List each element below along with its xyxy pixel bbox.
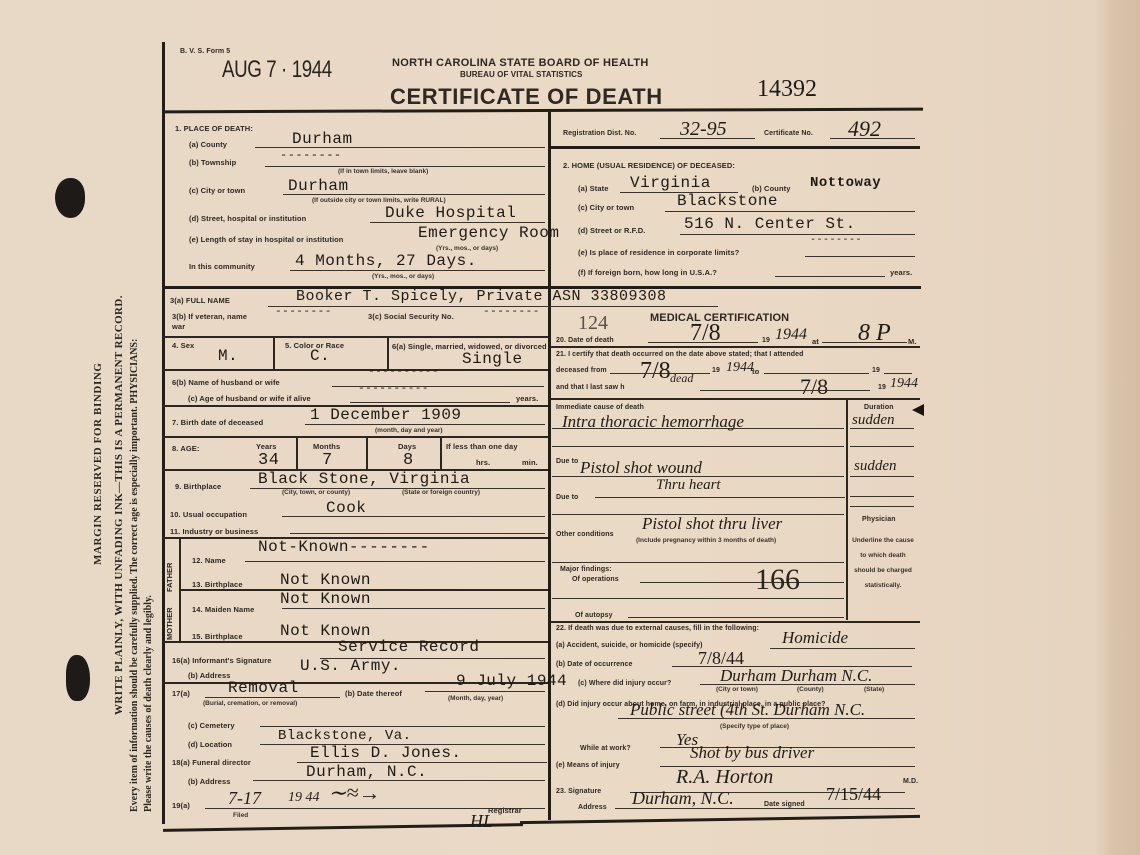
corporate-limits-value: -------- [810,235,862,246]
birth-date-value: 1 December 1909 [310,406,462,424]
birth-date-label: 7. Birth date of deceased [172,418,263,427]
funeral-director-label: 18(a) Funeral director [172,758,251,767]
father-name-label: 12. Name [192,556,226,565]
father-name-value: Not-Known-------- [258,538,430,556]
due-to-label-1: Due to [556,458,578,465]
means-of-injury-value: Shot by bus driver [690,743,814,763]
disposal-date-value: 9 July 1944 [456,672,567,690]
attended-from-year: 1944 [726,360,754,376]
state-file-number: 14392 [757,76,817,103]
death-type-label: (a) Accident, suicide, or homicide (spec… [556,642,703,649]
age-days-label: Days [398,442,416,451]
age-years-value: 34 [258,451,279,470]
father-birthplace-label: 13. Birthplace [192,580,243,589]
father-tag: FATHER [165,563,174,592]
margin-instruction-3: Please write the causes of death clearly… [143,595,154,812]
due-to-label-2: Due to [556,494,578,501]
director-address-value: Durham, N.C. [306,763,427,781]
time-at-label: at [812,337,819,346]
community-note: (Yrs., mos., or days) [372,273,434,280]
attended-from-value: 7/8 [640,358,671,385]
operations-mark: 166 [755,563,800,597]
physician-address-label: Address [578,804,607,811]
margin-binding-note: MARGIN RESERVED FOR BINDING [92,362,104,565]
birthplace-note-state: (State or foreign country) [402,489,480,496]
informant-label: 16(a) Informant's Signature [172,656,272,665]
other-conditions-label: Other conditions [556,531,614,538]
mother-name-label: 14. Maiden Name [192,605,254,614]
external-causes-heading: 22. If death was due to external causes,… [556,625,759,632]
certificate-title: CERTIFICATE OF DEATH [390,84,663,110]
township-note: (If in town limits, leave blank) [338,168,428,175]
form-number: B. V. S. Form 5 [180,48,230,55]
arrow-marker-icon [912,404,924,416]
disposal-note: (Burial, cremation, or removal) [203,700,297,707]
disposal-date-note: (Month, day, year) [448,695,503,702]
disposal-value: Removal [228,679,299,697]
veteran-value: -------- [275,306,332,318]
institution-label: (d) Street, hospital or institution [189,214,306,223]
township-label: (b) Township [189,158,236,167]
filed-date-value: 7-17 [228,788,261,809]
last-seen-label: and that I last saw h [556,384,625,391]
attended-to-label: to [752,367,759,376]
duration-column-divider [846,398,848,620]
binding-hole-top [55,178,85,218]
signature-suffix: M.D. [903,778,918,785]
duration-label: Duration [864,404,894,411]
death-township-value: -------- [280,148,342,162]
last-seen-note: dead [670,371,693,386]
burial-location-value: Blackstone, Va. [278,728,412,744]
physician-address-value: Durham, N.C. [632,788,734,809]
filed-label: 19(a) [172,801,190,810]
age-days-value: 8 [403,451,414,470]
filed-year-value: 19 44 [288,790,320,806]
sex-label: 4. Sex [172,341,194,350]
duration-2-value: sudden [854,458,897,475]
due-to-1-value: Pistol shot wound [580,458,702,478]
death-city-value: Durham [288,177,349,195]
certificate-no-label: Certificate No. [764,130,813,137]
attended-from-label: deceased from [556,367,607,374]
stay-note: (Yrs., mos., or days) [436,245,498,252]
occurrence-date-label: (b) Date of occurrence [556,661,633,668]
due-to-2-value: Thru heart [656,477,721,494]
informant-address-value: U.S. Army. [300,657,401,675]
birthplace-note-city: (City, town, or county) [282,489,350,496]
binding-hole-bottom [66,655,90,701]
residence-heading: 2. HOME (USUAL RESIDENCE) OF DECEASED: [563,161,735,170]
other-conditions-note: (Include pregnancy within 3 months of de… [636,537,776,544]
immediate-cause-value: Intra thoracic hemorrhage [562,412,744,432]
mother-tag: MOTHER [165,608,174,641]
funeral-director-value: Ellis D. Jones. [310,744,462,762]
disposal-label: 17(a) [172,689,190,698]
physician-note: Underline the cause to which death shoul… [850,533,916,593]
autopsy-label: Of autopsy [575,612,613,619]
sex-value: M. [218,347,238,365]
center-divider [548,112,551,820]
margin-instruction-2: Every item of information should be care… [129,339,140,812]
certify-statement: 21. I certify that death occurred on the… [556,351,804,358]
injury-where-value: Durham Durham N.C. [720,666,872,686]
margin-instruction-1: WRITE PLAINLY, WITH UNFADING INK—THIS IS… [113,295,125,715]
residence-state-label: (a) State [578,184,609,193]
where-note-city: (City or town) [716,686,758,693]
community-label: In this community [189,262,255,271]
city-label: (c) City or town [189,186,245,195]
hours-unit: hrs. [476,458,490,467]
community-stay-value: 4 Months, 27 Days. [295,252,477,270]
minutes-unit: min. [522,458,538,467]
injury-where-label: (c) Where did injury occur? [578,680,671,687]
district-label: Registration Dist. No. [563,130,636,137]
bureau-name: BUREAU OF VITAL STATISTICS [460,70,582,79]
last-seen-date-value: 7/8 [800,374,828,400]
spouse-age-unit: years. [516,394,538,403]
registrar-signature-scrawl: ∼≈→ [328,780,381,806]
occupation-label: 10. Usual occupation [170,510,247,519]
disposal-date-label: (b) Date thereof [345,689,402,698]
spouse-age-label: (c) Age of husband or wife if alive [188,394,311,403]
margin-note-124: 124 [578,312,608,335]
cemetery-label: (c) Cemetery [188,721,235,730]
stay-length-value: Emergency Room [418,224,559,242]
physician-note-title: Physician [862,516,896,523]
spouse-name-value: ---------- [368,366,439,378]
father-birthplace-value: Not Known [280,571,371,589]
mother-name-value: Not Known [280,590,371,608]
immediate-cause-label: Immediate cause of death [556,404,644,411]
residence-county-value: Nottoway [810,175,881,191]
residence-street-value: 516 N. Center St. [684,215,856,233]
marital-status-value: Single [462,350,523,368]
foreign-years-unit: years. [890,268,912,277]
full-name-value: Booker T. Spicely, Private ASN 33809308 [296,288,667,305]
industry-label: 11. Industry or business [170,527,258,536]
age-months-label: Months [313,442,340,451]
attended-to-year-prefix: 19 [872,367,880,374]
received-stamp-date: AUG 7 · 1944 [222,56,332,84]
race-value: C. [310,347,330,365]
social-security-label: 3(c) Social Security No. [368,312,468,322]
last-seen-year: 1944 [890,376,918,392]
residence-city-value: Blackstone [677,192,778,210]
social-security-value: -------- [483,306,540,318]
where-note-county: (County) [797,686,824,693]
operations-label: Of operations [572,576,619,583]
city-note: (If outside city or town limits, write R… [312,197,446,204]
last-seen-year-prefix: 19 [878,384,886,391]
age-years-label: Years [256,442,277,451]
death-institution-value: Duke Hospital [385,204,516,222]
death-county-value: Durham [292,130,353,148]
physician-signature-value: R.A. Horton [676,766,773,789]
full-name-label: 3(a) FULL NAME [170,296,230,305]
filed-note: Filed [233,812,248,819]
while-at-work-label: While at work? [580,745,631,752]
injury-place-note: (Specify type of place) [720,723,789,730]
less-than-day-label: If less than one day [446,442,518,451]
form-left-border [162,42,165,824]
residence-city-label: (c) City or town [578,203,634,212]
place-of-death-heading: 1. PLACE OF DEATH: [175,124,253,133]
major-findings-label: Major findings: [560,566,612,573]
county-label: (a) County [189,140,227,149]
location-label: (d) Location [188,740,232,749]
birthplace-label: 9. Birthplace [175,482,221,491]
physician-signature-label: 23. Signature [556,788,601,795]
duration-1-value: sudden [852,412,895,429]
occupation-value: Cook [326,499,366,517]
date-of-death-label: 20. Date of death [556,337,614,344]
residence-state-value: Virginia [630,174,711,192]
attended-year-prefix: 19 [712,367,720,374]
where-note-state: (State) [864,686,884,693]
corporate-limits-label: (e) Is place of residence in corporate l… [578,248,739,257]
means-of-injury-label: (e) Means of injury [556,762,620,769]
director-address-label: (b) Address [188,777,231,786]
injury-place-value: Public street (4th St. Durham N.C. [630,700,865,720]
age-label: 8. AGE: [172,444,200,453]
bottom-rule [163,823,523,832]
death-type-value: Homicide [782,628,848,648]
date-of-death-year: 1944 [775,326,807,344]
foreign-born-label: (f) If foreign born, how long in U.S.A.? [578,268,717,277]
birth-date-note: (month, day and year) [375,427,443,434]
spouse-age-value: ---------- [358,383,429,395]
birthplace-value: Black Stone, Virginia [258,470,470,488]
board-name: NORTH CAROLINA STATE BOARD OF HEALTH [392,57,649,69]
date-signed-value: 7/15/44 [826,784,881,805]
date-signed-label: Date signed [764,801,805,808]
registrar-label: Registrar [488,806,522,815]
mother-birthplace-label: 15. Birthplace [192,632,243,641]
spouse-name-label: 6(b) Name of husband or wife [172,378,280,387]
veteran-label: 3(b) If veteran, name war [172,312,257,332]
informant-value: Service Record [338,638,479,656]
stay-label: (e) Length of stay in hospital or instit… [189,235,344,244]
registrar-initials: HL [470,811,493,832]
informant-address-label: (b) Address [188,671,231,680]
bottom-rule-right [520,815,920,824]
time-unit: M. [908,337,917,346]
death-year-prefix: 19 [762,337,770,344]
age-months-value: 7 [322,451,333,470]
other-conditions-value: Pistol shot thru liver [642,514,782,534]
residence-street-label: (d) Street or R.F.D. [578,226,645,235]
